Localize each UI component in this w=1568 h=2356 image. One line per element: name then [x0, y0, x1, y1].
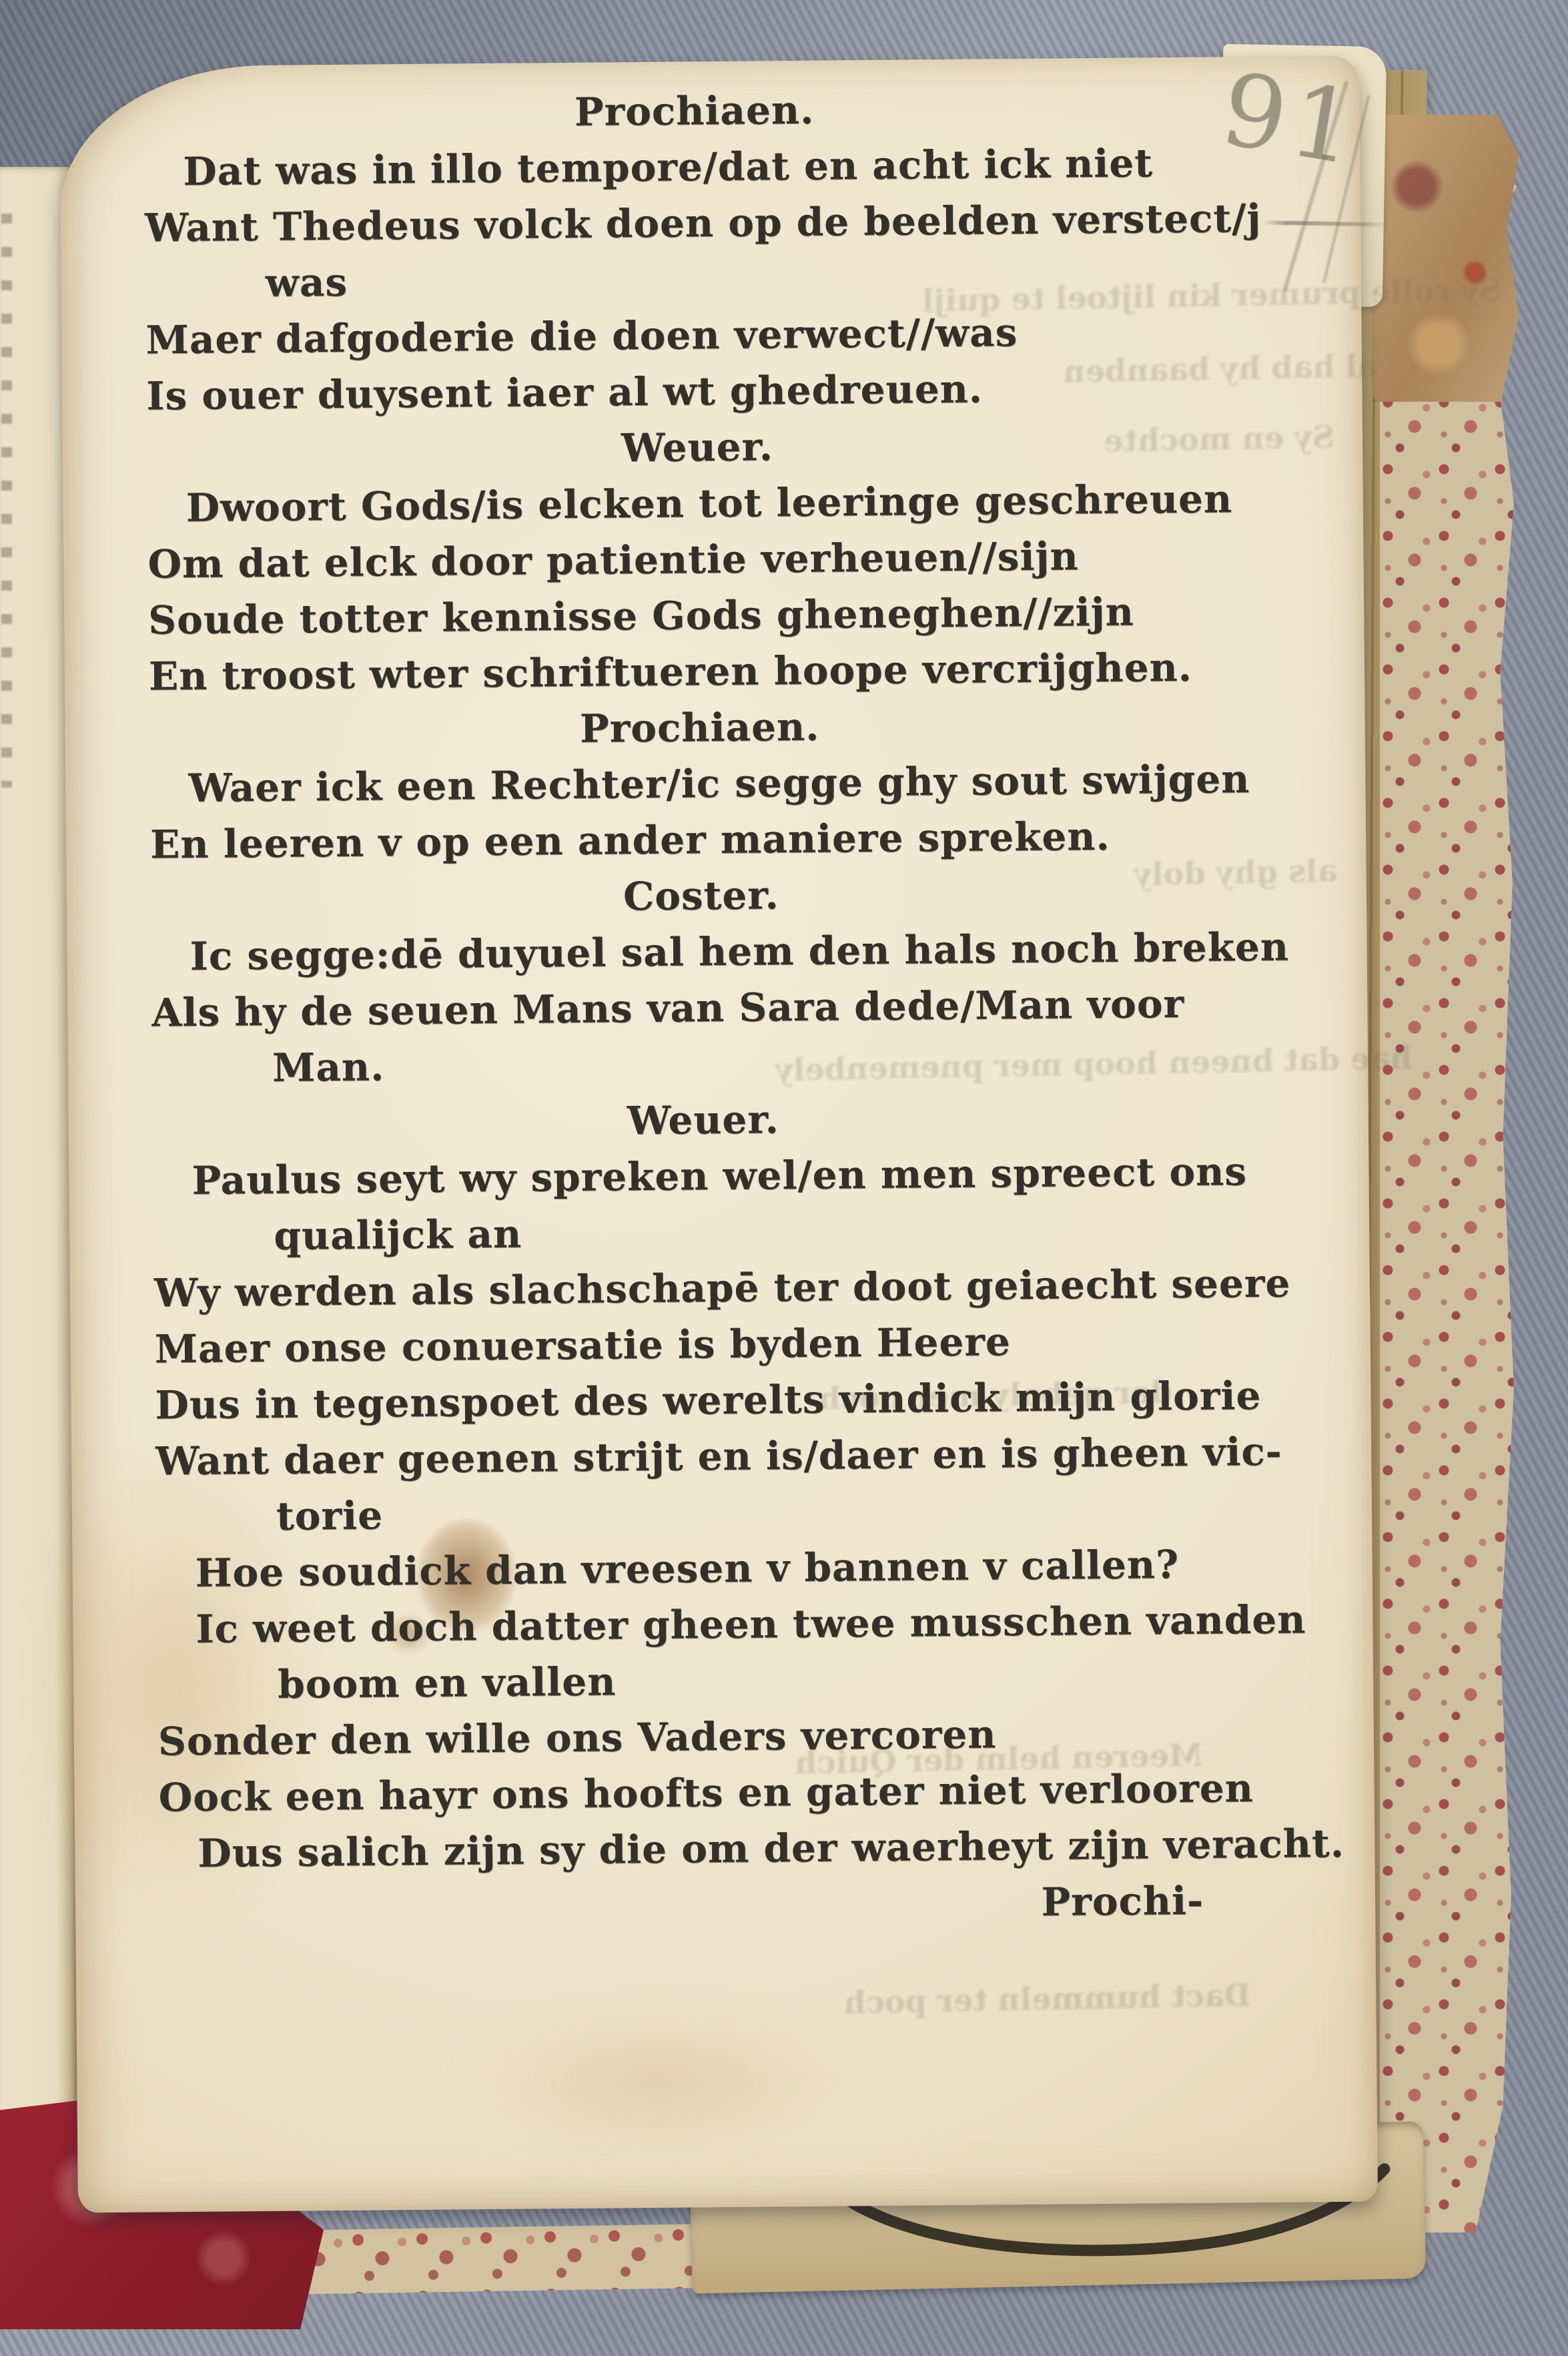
verse-line: Is ouer duysent iaer al wt ghedreuen. — [146, 358, 1348, 424]
verse-line: Want daer geenen strijt en is/daer en is… — [155, 1423, 1357, 1490]
catchword: Prochi- — [159, 1871, 1361, 1938]
book-photo: Sy rolle prumer kin lijtoel te quijl al … — [0, 0, 1568, 2356]
verse-line: Als hy de seuen Mans van Sara dede/Man v… — [151, 974, 1353, 1041]
speaker-heading: Prochiaen. — [143, 77, 1345, 144]
verse-line: Paulus seyt wy spreken wel/en men spreec… — [153, 1143, 1354, 1209]
verse-line: Ic segge:dē duyuel sal hem den hals noch… — [151, 918, 1352, 985]
verse-line: Dwoort Gods/is elcken tot leeringe gesch… — [147, 470, 1348, 537]
verse-line: Dus salich zijn sy die om der waerheyt z… — [159, 1815, 1360, 1882]
verse-line: Soude totter kennisse Gods gheneghen//zi… — [148, 582, 1350, 649]
verse-line: Maer dafgoderie die doen verwect//was — [145, 302, 1347, 368]
verse-line: qualijck an — [153, 1199, 1355, 1265]
facing-page-text-fragments — [1, 214, 24, 788]
verse-line: Waer ick een Rechter/ic segge ghy sout s… — [149, 750, 1351, 817]
speaker-heading: Weuer. — [152, 1087, 1354, 1153]
verse-line: En troost wter schriftueren hoope vercri… — [149, 638, 1350, 705]
verse-line: Want Thedeus volck doen op de beelden ve… — [145, 190, 1346, 256]
speaker-heading: Prochiaen. — [149, 694, 1350, 761]
verse-line: Maer onse conuersatie is byden Heere — [154, 1311, 1356, 1378]
verse-line: Wy werden als slachschapē ter doot geiae… — [154, 1255, 1356, 1321]
marbled-cover-corner — [1373, 115, 1519, 402]
marbled-edge-strip — [1380, 123, 1517, 2233]
verse-line: Dus in tegenspoet des werelts vindick mi… — [155, 1367, 1356, 1434]
verse-line: Man. — [152, 1030, 1354, 1097]
verse-line: Oock een hayr ons hoofts en gater niet v… — [158, 1759, 1360, 1826]
verse-line: boom en vallen — [157, 1647, 1359, 1714]
verse-line: Ic weet doch datter gheen twee musschen … — [157, 1591, 1358, 1658]
verse-line: Dat was in illo tempore/dat en acht ick … — [144, 133, 1346, 200]
verse-line: Om dat elck door patientie verheuen//sij… — [147, 526, 1349, 593]
verse-line: was — [145, 246, 1346, 312]
printed-text-block: Prochiaen. Dat was in illo tempore/dat e… — [143, 77, 1360, 1938]
speaker-heading: Weuer. — [147, 414, 1348, 481]
main-page-wrap: Sy rolle prumer kin lijtoel te quijl al … — [59, 56, 1378, 2213]
speaker-heading: Coster. — [151, 862, 1352, 929]
verse-line: Sonder den wille ons Vaders vercoren — [158, 1703, 1360, 1770]
verse-line: torie — [156, 1479, 1358, 1546]
verse-line: Hoe soudick dan vreesen v bannen v calle… — [156, 1535, 1358, 1602]
verse-line: En leeren v op een ander maniere spreken… — [150, 806, 1352, 873]
